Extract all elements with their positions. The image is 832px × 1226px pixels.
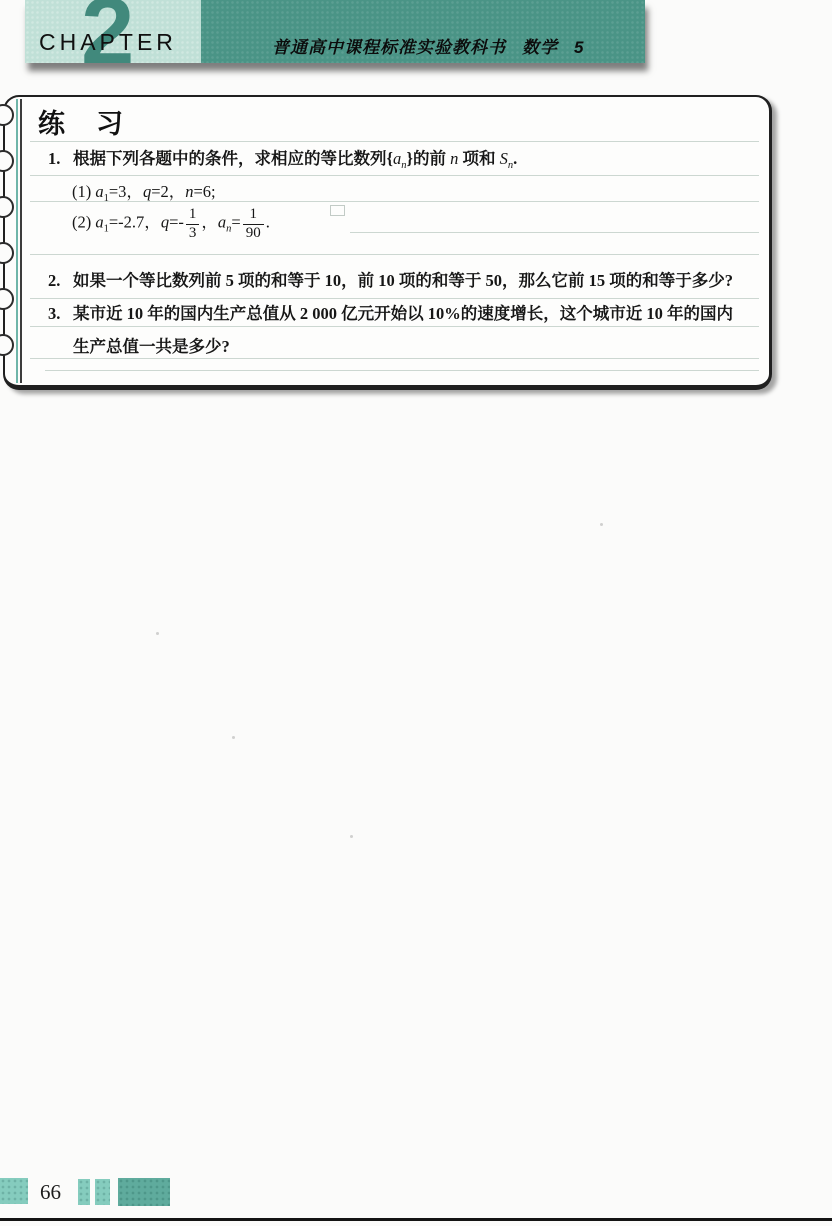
scan-speck	[232, 736, 235, 739]
item-text: (2) a1=-2.7，q=-13，an=190.	[72, 206, 270, 242]
ruled-line	[30, 358, 759, 359]
margin-line-dark	[20, 99, 22, 383]
footer-teal-block	[0, 1178, 28, 1204]
page-number: 66	[40, 1180, 61, 1205]
scan-speck	[350, 835, 353, 838]
problem-text: 如果一个等比数列前 5 项的和等于 10，前 10 项的和等于 50，那么它前 …	[73, 270, 733, 291]
scan-speck	[156, 632, 159, 635]
problem-text-line1: 某市近 10 年的国内生产总值从 2 000 亿元开始以 10%的速度增长，这个…	[73, 303, 733, 324]
ruled-line	[30, 326, 759, 327]
ruled-line	[30, 141, 759, 142]
book-title-line: 普通高中课程标准实验教科书数学5	[272, 33, 584, 58]
chapter-header-band: 2 CHAPTER 普通高中课程标准实验教科书数学5	[25, 0, 645, 63]
chapter-label: CHAPTER	[39, 29, 177, 56]
problem-text: 根据下列各题中的条件，求相应的等比数列{an}的前 n 项和 Sn.	[73, 148, 517, 176]
scan-artifact-box	[330, 205, 345, 216]
ruled-line	[350, 232, 759, 233]
exercise-title: 练 习	[38, 102, 125, 141]
problem-3-line2: 生产总值一共是多少?	[73, 336, 230, 357]
margin-line-teal	[16, 99, 18, 383]
fraction-one-third: 13	[186, 206, 200, 242]
problem-1: 1. 根据下列各题中的条件，求相应的等比数列{an}的前 n 项和 Sn.	[48, 148, 517, 176]
book-title: 普通高中课程标准实验教科书	[272, 38, 506, 57]
scan-speck	[600, 523, 603, 526]
problem-3: 3. 某市近 10 年的国内生产总值从 2 000 亿元开始以 10%的速度增长…	[48, 303, 733, 324]
textbook-page: { "colors":{ "band_dark":"#4a9486", "ban…	[0, 0, 832, 1226]
fraction-one-ninetieth: 190	[243, 206, 264, 242]
footer-teal-square	[95, 1179, 110, 1205]
footer-teal-wide-block	[118, 1178, 170, 1206]
footer-teal-square	[78, 1179, 90, 1205]
problem-number: 2.	[48, 270, 73, 291]
footer-rule	[0, 1218, 832, 1221]
book-volume: 5	[574, 38, 584, 57]
problem-number: 3.	[48, 303, 73, 324]
exercise-box: 练 习 1. 根据下列各题中的条件，求相应的等比数列{an}的前 n 项和 Sn…	[3, 95, 772, 390]
ruled-line	[30, 298, 759, 299]
problem-number: 1.	[48, 148, 73, 169]
ruled-line	[45, 370, 759, 371]
book-subject: 数学	[522, 38, 558, 57]
problem-1-item-2: (2) a1=-2.7，q=-13，an=190.	[72, 204, 270, 244]
problem-text-line2: 生产总值一共是多少?	[73, 336, 230, 357]
problem-2: 2. 如果一个等比数列前 5 项的和等于 10，前 10 项的和等于 50，那么…	[48, 270, 733, 291]
ruled-line	[30, 254, 759, 255]
